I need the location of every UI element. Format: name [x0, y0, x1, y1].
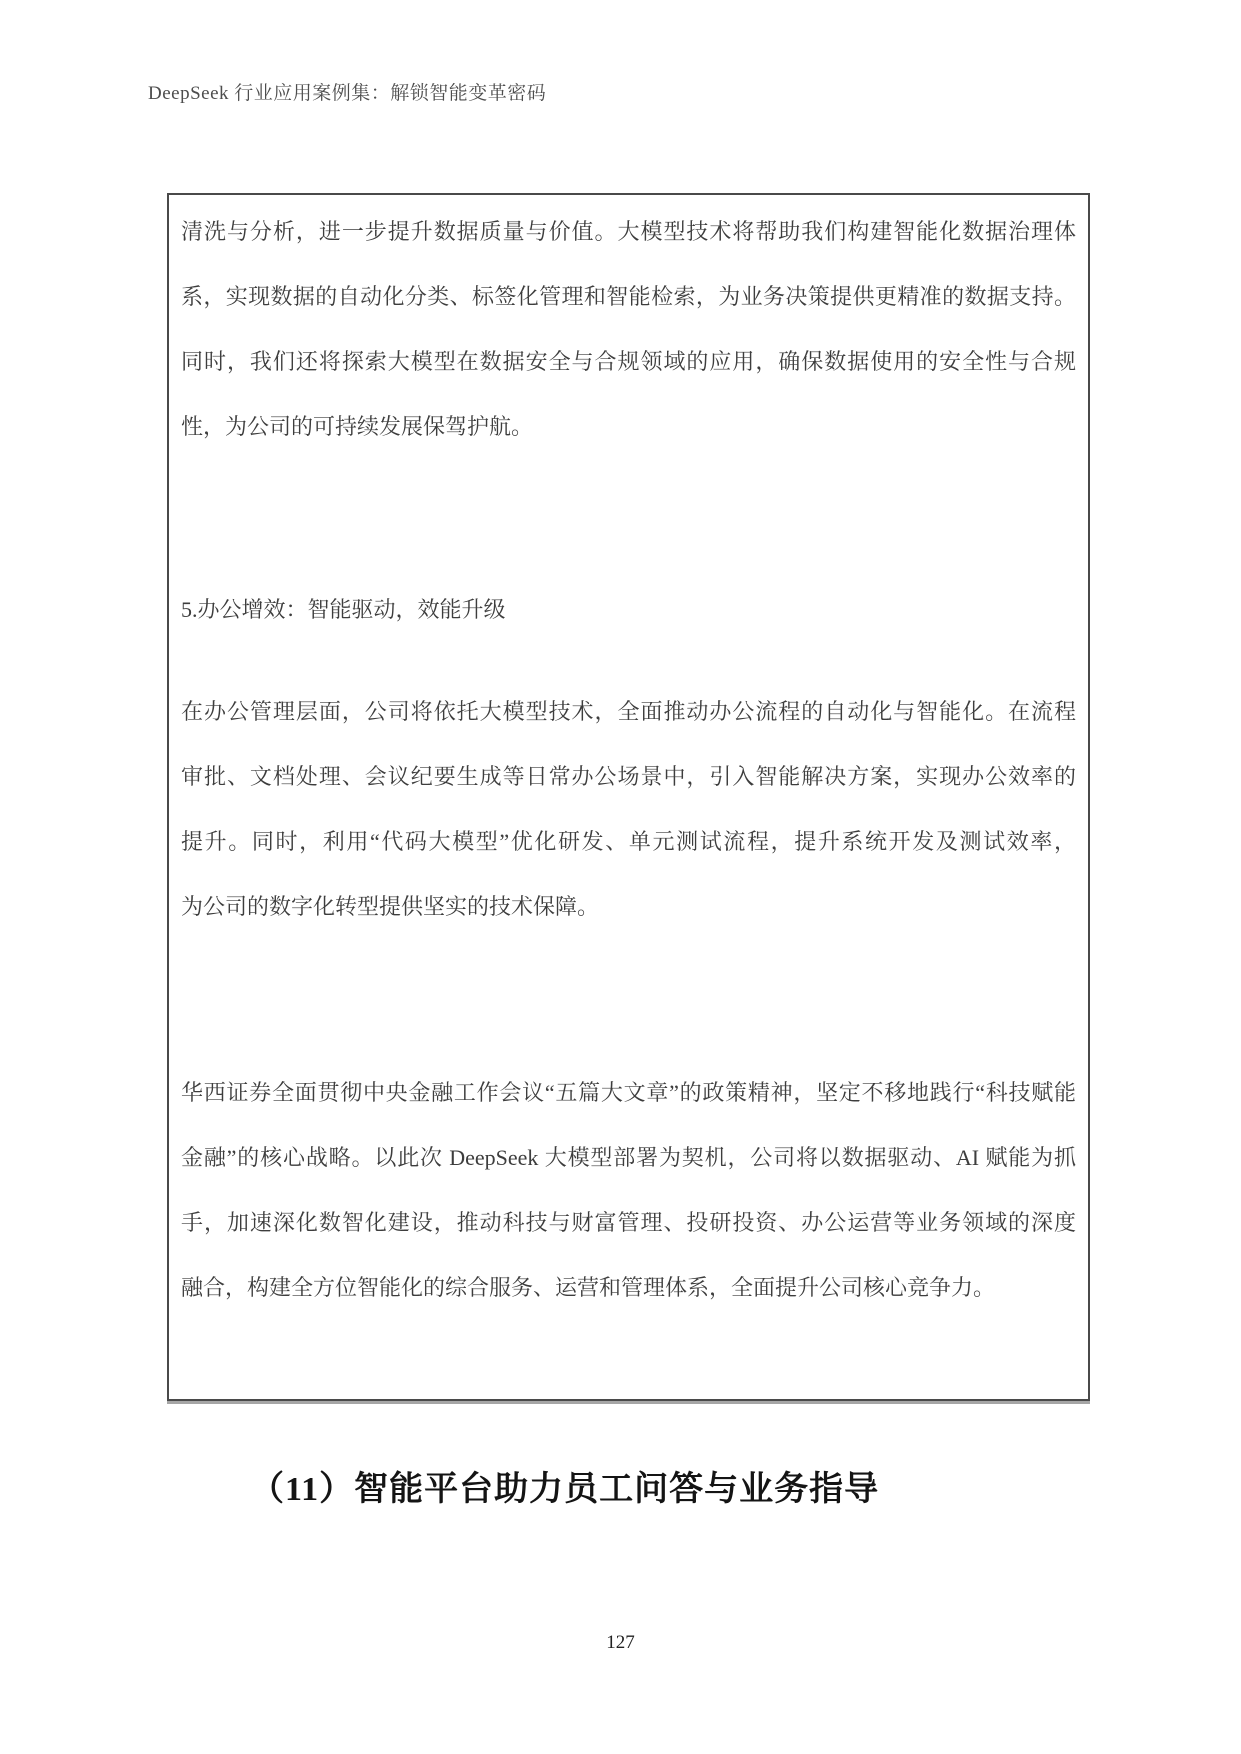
running-header: DeepSeek 行业应用案例集：解锁智能变革密码 [148, 82, 546, 106]
content-box: 清洗与分析，进一步提升数据质量与价值。大模型技术将帮助我们构建智能化数据治理体系… [167, 193, 1090, 1401]
text-line: 清洗与分析，进一步提升数据质量与价值。大模型技术将帮助我们构建智能化数据治理体 [181, 199, 1076, 264]
section-heading-office-efficiency: 5.办公增效：智能驱动，效能升级 [181, 577, 1076, 642]
text-line: 融合，构建全方位智能化的综合服务、运营和管理体系，全面提升公司核心竞争力。 [181, 1255, 1076, 1320]
text-line: 手，加速深化数智化建设，推动科技与财富管理、投研投资、办公运营等业务领域的深度 [181, 1190, 1076, 1255]
document-page: DeepSeek 行业应用案例集：解锁智能变革密码 清洗与分析，进一步提升数据质… [0, 0, 1241, 1754]
paragraph-office-automation: 在办公管理层面，公司将依托大模型技术，全面推动办公流程的自动化与智能化。在流程审… [181, 679, 1076, 939]
text-line: 提升。同时，利用“代码大模型”优化研发、单元测试流程，提升系统开发及测试效率， [181, 809, 1076, 874]
text-line: 同时，我们还将探索大模型在数据安全与合规领域的应用，确保数据使用的安全性与合规 [181, 329, 1076, 394]
text-line: 性，为公司的可持续发展保驾护航。 [181, 394, 1076, 459]
text-line: 系，实现数据的自动化分类、标签化管理和智能检索，为业务决策提供更精准的数据支持。 [181, 264, 1076, 329]
text-line: 金融”的核心战略。以此次 DeepSeek 大模型部署为契机，公司将以数据驱动、… [181, 1125, 1076, 1190]
text-line: 为公司的数字化转型提供坚实的技术保障。 [181, 874, 1076, 939]
text-line: 华西证券全面贯彻中央金融工作会议“五篇大文章”的政策精神，坚定不移地践行“科技赋… [181, 1060, 1076, 1125]
text-line: 审批、文档处理、会议纪要生成等日常办公场景中，引入智能解决方案，实现办公效率的 [181, 744, 1076, 809]
text-line: 在办公管理层面，公司将依托大模型技术，全面推动办公流程的自动化与智能化。在流程 [181, 679, 1076, 744]
page-number: 127 [0, 1632, 1241, 1654]
section-title: （11）智能平台助力员工问答与业务指导 [250, 1466, 879, 1514]
paragraph-strategy-summary: 华西证券全面贯彻中央金融工作会议“五篇大文章”的政策精神，坚定不移地践行“科技赋… [181, 1060, 1076, 1320]
paragraph-data-governance: 清洗与分析，进一步提升数据质量与价值。大模型技术将帮助我们构建智能化数据治理体系… [181, 199, 1076, 459]
